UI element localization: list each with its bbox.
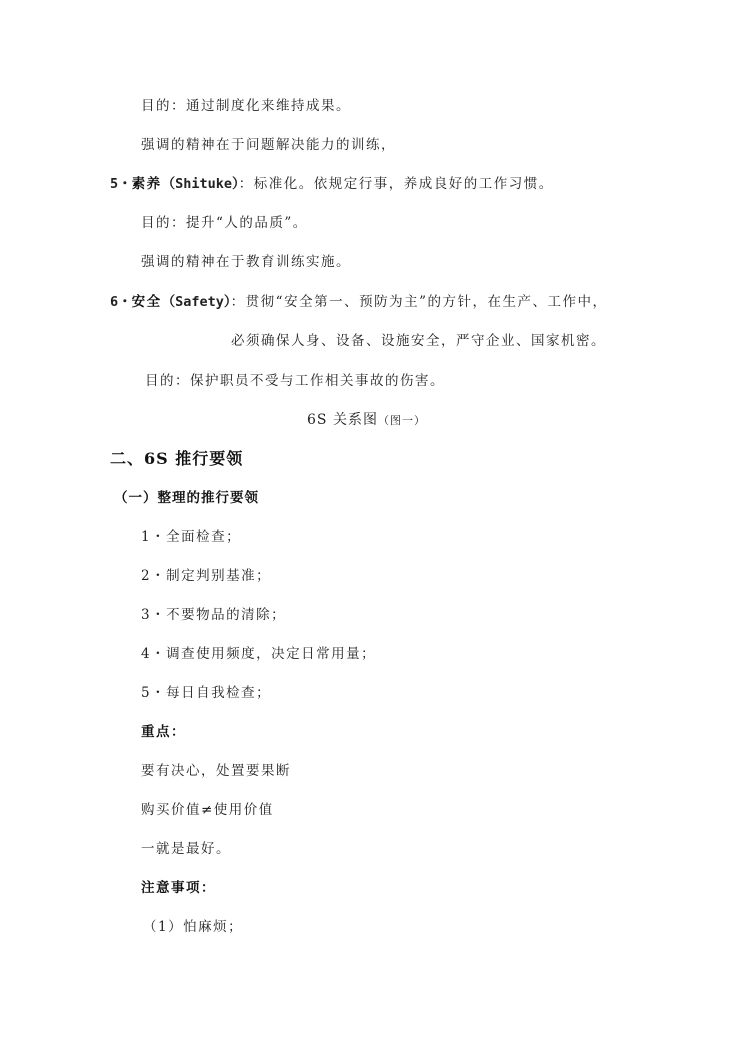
figure-caption-sub: （图一） — [378, 414, 426, 427]
item5-emphasis: 强调的精神在于教育训练实施。 — [141, 253, 351, 271]
item6-definition-2: 必须确保人身、设备、设施安全，严守企业、国家机密。 — [231, 332, 606, 350]
note-item: （1）怕麻烦； — [143, 918, 243, 936]
section5-emphasis: 强调的精神在于问题解决能力的训练， — [141, 136, 396, 154]
item5-term-latin: （Shituke） — [162, 176, 239, 192]
key-point-item: 购买价值≠使用价值 — [141, 801, 274, 819]
item5-definition-line: 5・素养（Shituke）：标准化。依规定行事，养成良好的工作习惯。 — [110, 175, 554, 193]
step-item: 2・制定判别基准； — [141, 567, 271, 585]
step-item: 5・每日自我检查； — [141, 684, 271, 702]
item6-definition-1: ：贯彻“安全第一、预防为主”的方针，在生产、工作中， — [231, 294, 608, 310]
figure-caption: 6S 关系图（图一） — [307, 411, 426, 430]
section5-purpose: 目的：通过制度化来维持成果。 — [141, 97, 351, 115]
item5-definition: ：标准化。依规定行事，养成良好的工作习惯。 — [239, 176, 554, 192]
step-item: 4・调查使用频度，决定日常用量； — [141, 645, 376, 663]
section2-heading: 二、6S 推行要领 — [110, 450, 243, 468]
item6-purpose: 目的：保护职员不受与工作相关事故的伤害。 — [145, 372, 445, 390]
step-item: 1・全面检查； — [141, 528, 241, 546]
figure-caption-main: 6S 关系图 — [307, 412, 378, 428]
item5-purpose: 目的：提升“人的品质”。 — [141, 214, 308, 232]
key-point-item: 要有决心，处置要果断 — [141, 762, 291, 780]
key-point-item: 一就是最好。 — [141, 840, 231, 858]
item5-number: 5・ — [110, 176, 132, 192]
notes-label: 注意事项： — [141, 879, 216, 897]
item6-term: 安全 — [132, 294, 162, 310]
key-points-label: 重点： — [141, 723, 186, 741]
item6-number: 6・ — [110, 294, 132, 310]
item5-term: 素养 — [132, 176, 162, 192]
subsection1-heading: （一）整理的推行要领 — [114, 489, 259, 507]
item6-definition-line: 6・安全（Safety）：贯彻“安全第一、预防为主”的方针，在生产、工作中， — [110, 293, 607, 311]
item6-term-latin: （Safety） — [162, 294, 231, 310]
step-item: 3・不要物品的清除； — [141, 606, 286, 624]
document-page: 目的：通过制度化来维持成果。 强调的精神在于问题解决能力的训练， 5・素养（Sh… — [0, 0, 744, 1052]
